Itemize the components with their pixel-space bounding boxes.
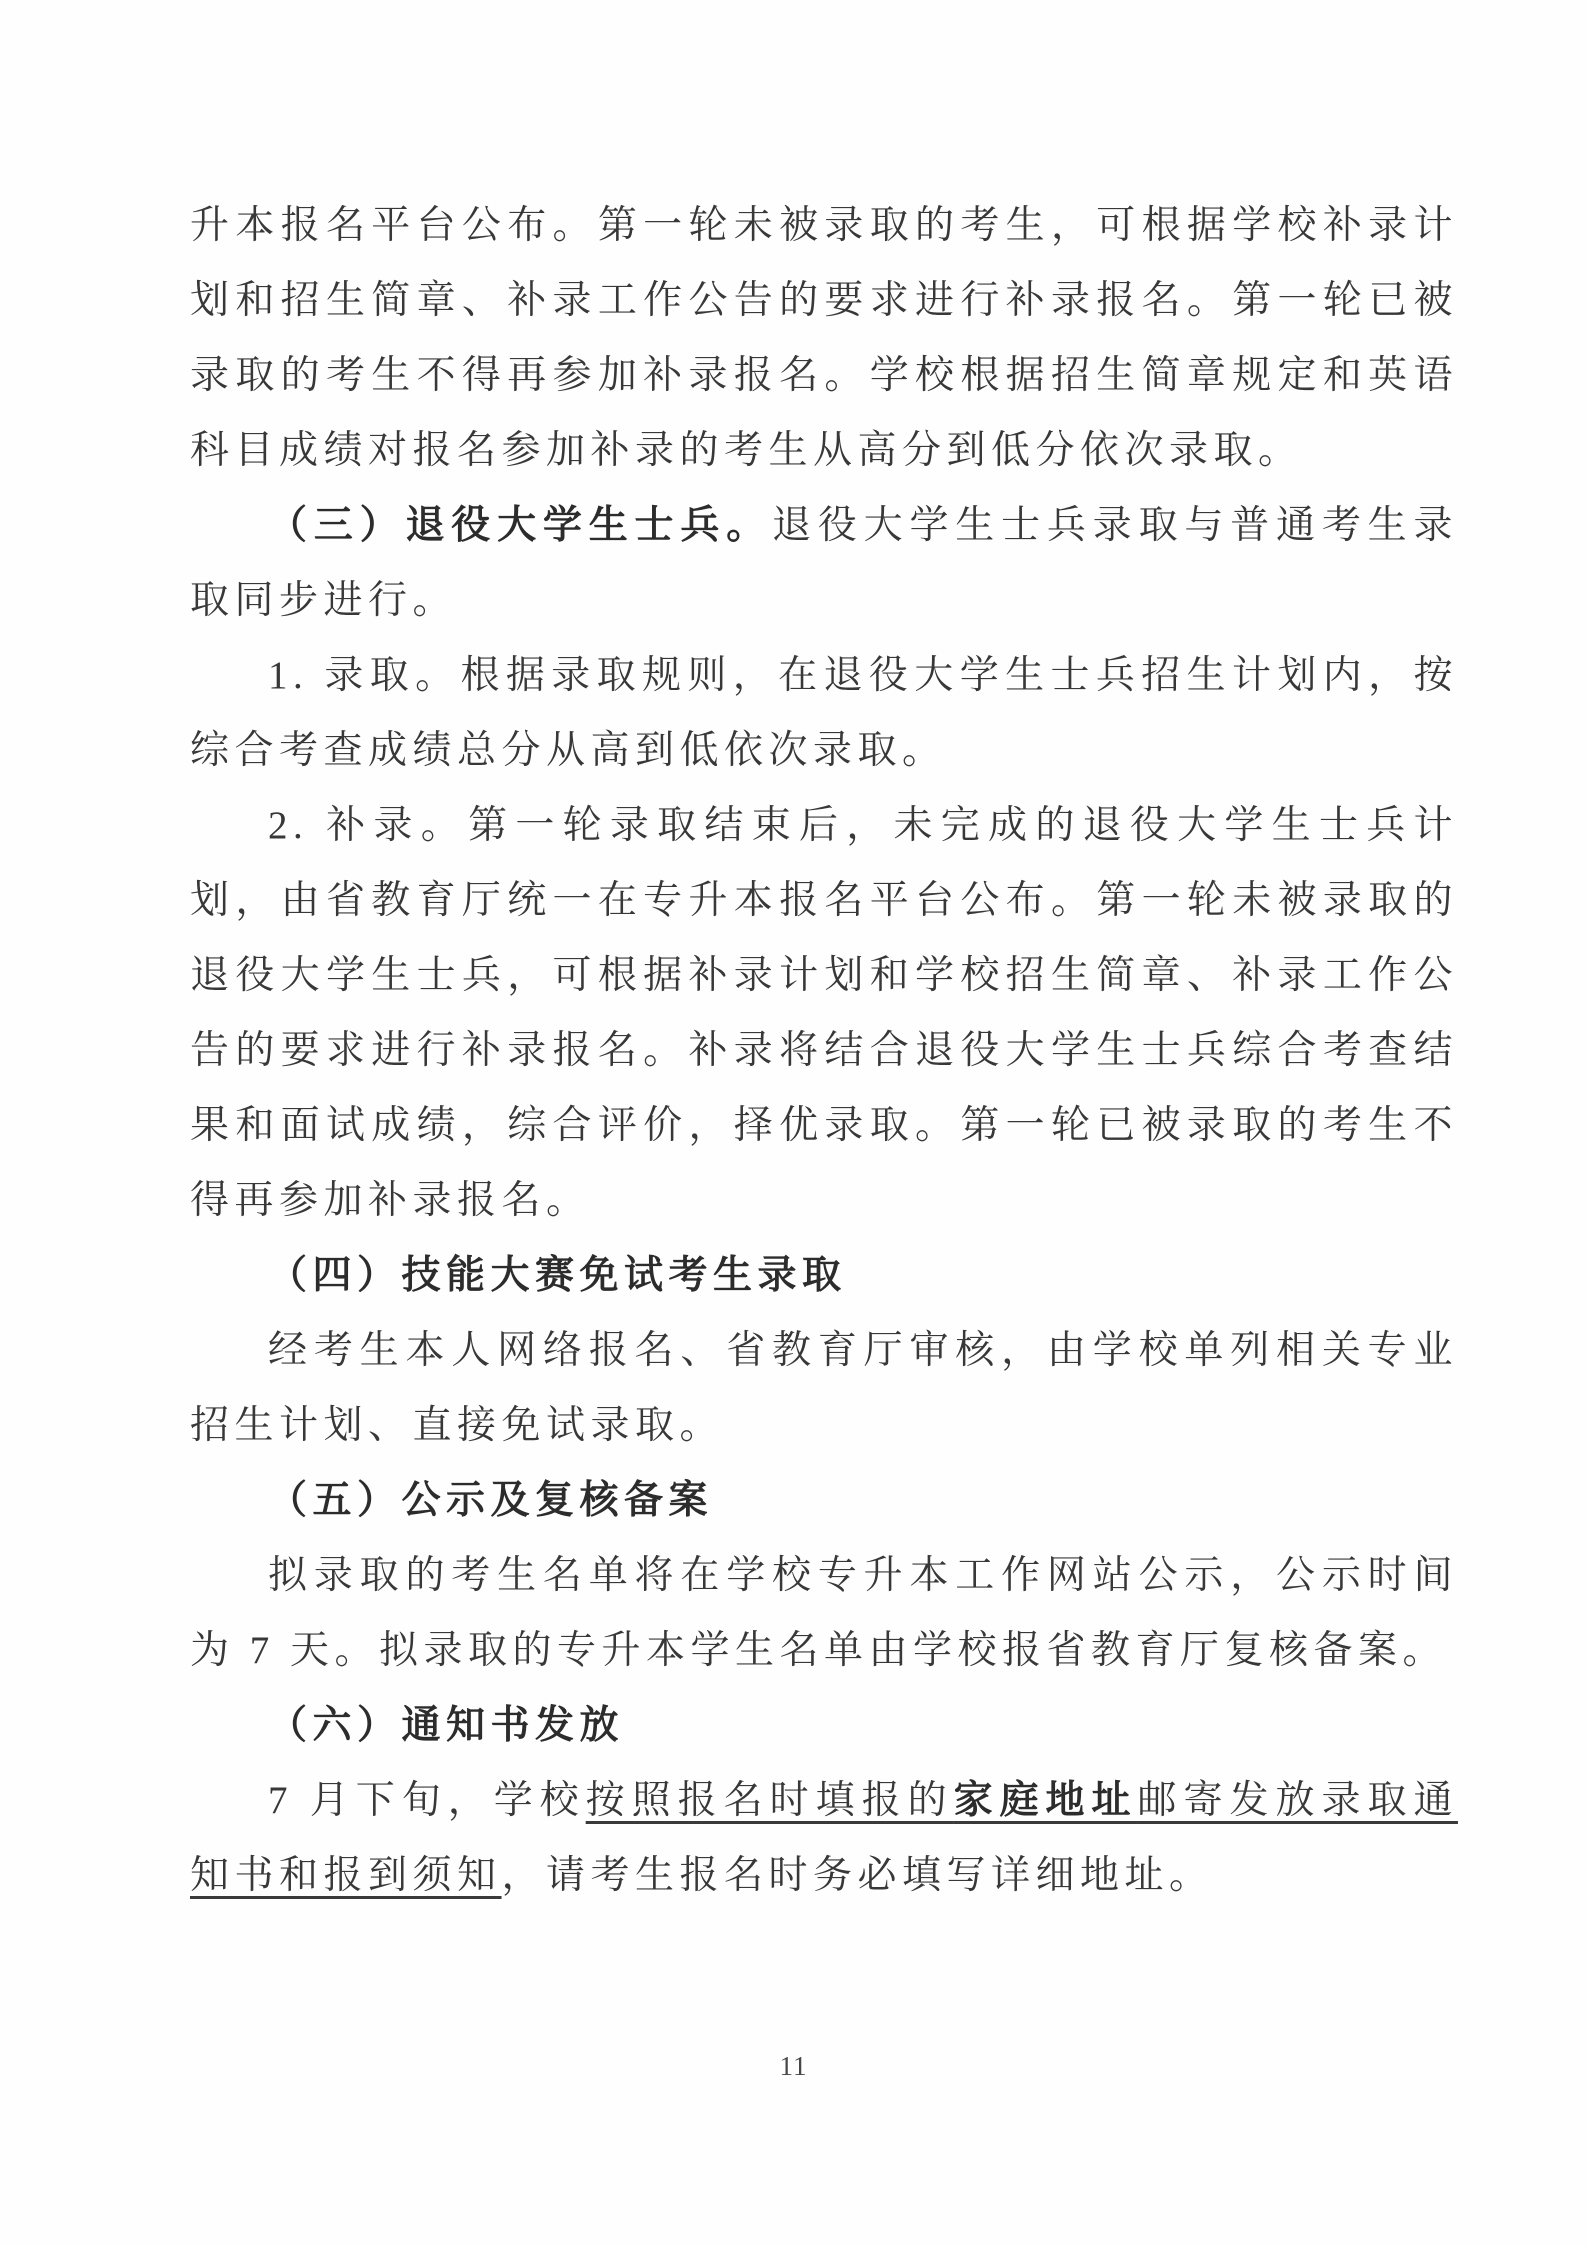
paragraph: （六）通知书发放 [190,1688,1458,1763]
page-number: 11 [0,2046,1587,2086]
paragraph: 升本报名平台公布。第一轮未被录取的考生，可根据学校补录计划和招生简章、补录工作公… [190,188,1458,488]
paragraph: （四）技能大赛免试考生录取 [190,1238,1458,1313]
text-run: 拟录取的考生名单将在学校专升本工作网站公示，公示时间为 7 天。拟录取的专升本学… [190,1554,1458,1672]
text-run: 家庭地址 [954,1779,1138,1822]
text-run: （三）退役大学生士兵。 [268,504,772,547]
paragraph: （三）退役大学生士兵。退役大学生士兵录取与普通考生录取同步进行。 [190,488,1458,638]
paragraph: （五）公示及复核备案 [190,1463,1458,1538]
text-run: （四）技能大赛免试考生录取 [268,1254,847,1297]
text-run: 2. 补录。第一轮录取结束后，未完成的退役大学生士兵计划，由省教育厅统一在专升本… [190,804,1458,1222]
paragraph: 1. 录取。根据录取规则，在退役大学生士兵招生计划内，按综合考查成绩总分从高到低… [190,638,1458,788]
text-run: ，请考生报名时务必填写详细地址。 [502,1854,1214,1897]
text-run: （六）通知书发放 [268,1704,624,1747]
document-body: 升本报名平台公布。第一轮未被录取的考生，可根据学校补录计划和招生简章、补录工作公… [190,188,1458,1913]
paragraph: 拟录取的考生名单将在学校专升本工作网站公示，公示时间为 7 天。拟录取的专升本学… [190,1538,1458,1688]
text-run: 经考生本人网络报名、省教育厅审核，由学校单列相关专业招生计划、直接免试录取。 [190,1329,1458,1447]
text-run: 升本报名平台公布。第一轮未被录取的考生，可根据学校补录计划和招生简章、补录工作公… [190,204,1458,472]
text-run: 按照报名时填报的 [586,1779,954,1822]
text-run: 7 月下旬，学校 [268,1779,586,1822]
paragraph: 7 月下旬，学校按照报名时填报的家庭地址邮寄发放录取通知书和报到须知，请考生报名… [190,1763,1458,1913]
paragraph: 经考生本人网络报名、省教育厅审核，由学校单列相关专业招生计划、直接免试录取。 [190,1313,1458,1463]
paragraph: 2. 补录。第一轮录取结束后，未完成的退役大学生士兵计划，由省教育厅统一在专升本… [190,788,1458,1238]
document-page: 升本报名平台公布。第一轮未被录取的考生，可根据学校补录计划和招生简章、补录工作公… [0,0,1587,2245]
text-run: （五）公示及复核备案 [268,1479,713,1522]
text-run: 1. 录取。根据录取规则，在退役大学生士兵招生计划内，按综合考查成绩总分从高到低… [190,654,1458,772]
